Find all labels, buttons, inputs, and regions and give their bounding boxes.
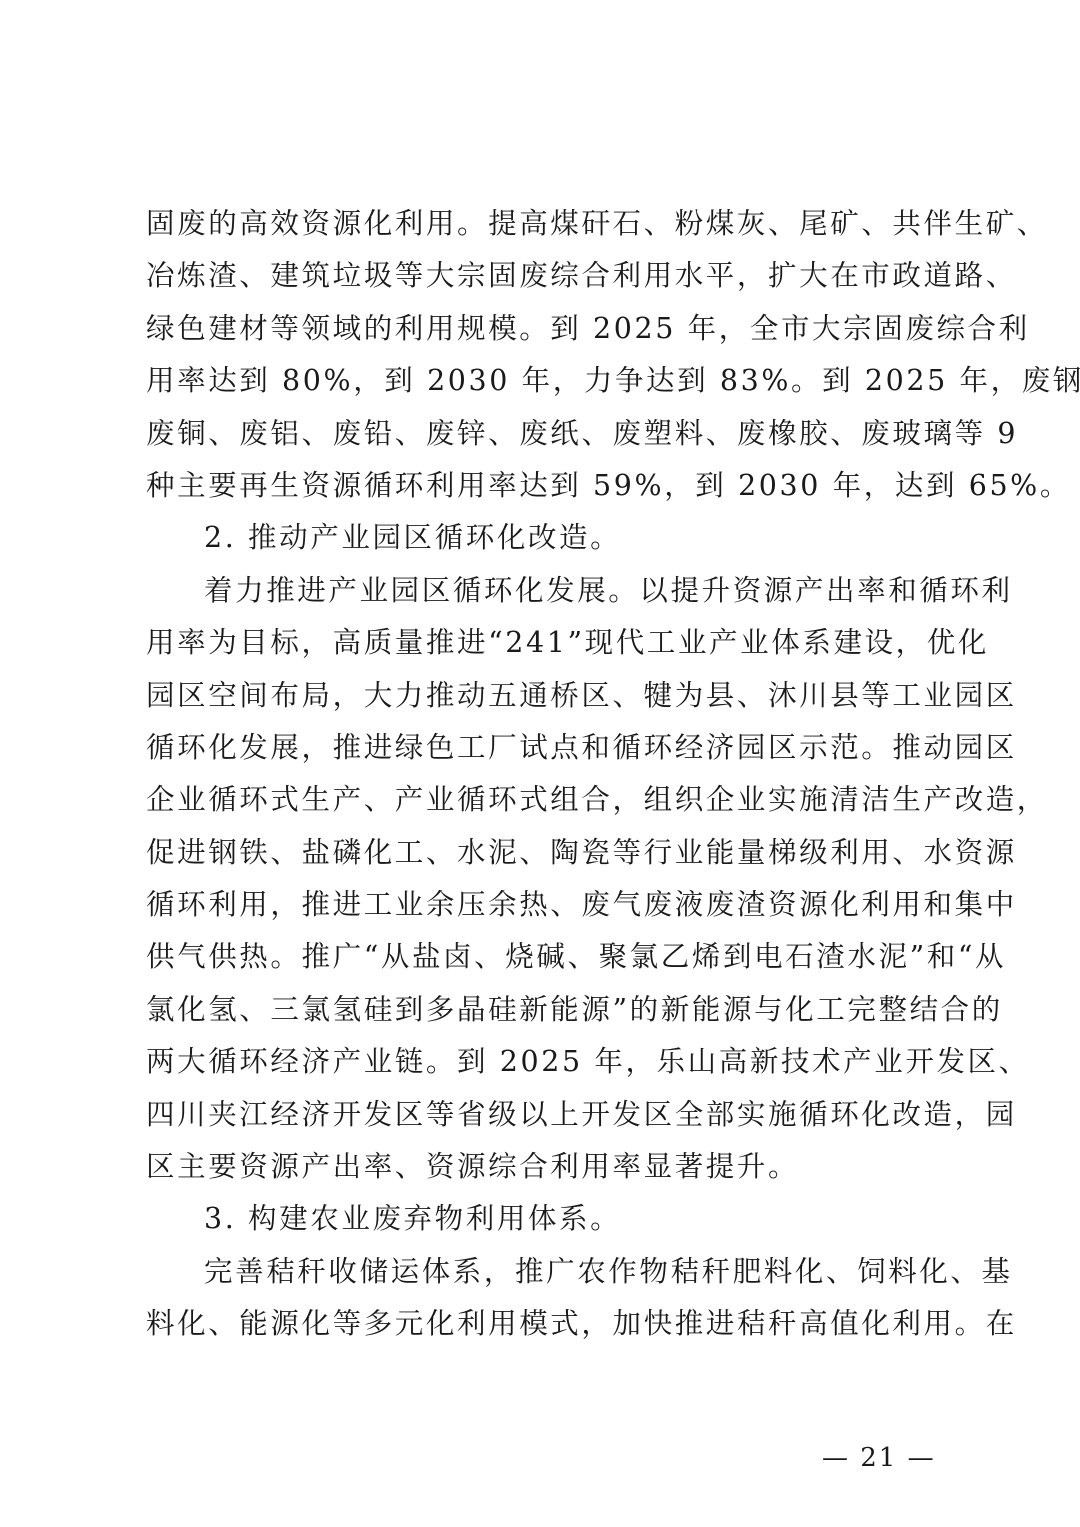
section-heading-agricultural-waste: 3. 构建农业废弃物利用体系。 xyxy=(146,1193,946,1245)
text-line: 两大循环经济产业链。到 2025 年，乐山高新技术产业开发区、 xyxy=(146,1036,944,1088)
text-line: 冶炼渣、建筑垃圾等大宗固废综合利用水平，扩大在市政道路、 xyxy=(146,250,944,302)
section-heading-industrial-parks: 2. 推动产业园区循环化改造。 xyxy=(146,512,946,564)
paragraph-agricultural-waste: 完善秸秆收储运体系，推广农作物秸秆肥料化、饲料化、基 料化、能源化等多元化利用模… xyxy=(146,1246,946,1351)
heading-text: 2. 推动产业园区循环化改造。 xyxy=(146,512,944,564)
text-line: 绿色建材等领域的利用规模。到 2025 年，全市大宗固废综合利 xyxy=(146,303,944,355)
page-number: — 21 — xyxy=(822,1443,936,1473)
text-line: 供气供热。推广“从盐卤、烧碱、聚氯乙烯到电石渣水泥”和“从 xyxy=(146,931,944,983)
text-line: 完善秸秆收储运体系，推广农作物秸秆肥料化、饲料化、基 xyxy=(146,1246,944,1298)
text-line: 着力推进产业园区循环化发展。以提升资源产出率和循环利 xyxy=(146,565,944,617)
text-line: 促进钢铁、盐磷化工、水泥、陶瓷等行业能量梯级利用、水资源 xyxy=(146,827,944,879)
text-line: 料化、能源化等多元化利用模式，加快推进秸秆高值化利用。在 xyxy=(146,1298,944,1350)
text-line: 种主要再生资源循环利用率达到 59%，到 2030 年，达到 65%。 xyxy=(146,460,944,512)
text-line: 废铜、废铝、废铅、废锌、废纸、废塑料、废橡胶、废玻璃等 9 xyxy=(146,408,944,460)
text-line: 用率达到 80%，到 2030 年，力争达到 83%。到 2025 年，废钢铁、 xyxy=(146,355,944,407)
heading-text: 3. 构建农业废弃物利用体系。 xyxy=(146,1193,944,1245)
text-line: 循环利用，推进工业余压余热、废气废液废渣资源化利用和集中 xyxy=(146,879,944,931)
text-line: 四川夹江经济开发区等省级以上开发区全部实施循环化改造，园 xyxy=(146,1089,944,1141)
text-line: 区主要资源产出率、资源综合利用率显著提升。 xyxy=(146,1141,944,1193)
paragraph-solid-waste-utilization: 固废的高效资源化利用。提高煤矸石、粉煤灰、尾矿、共伴生矿、 冶炼渣、建筑垃圾等大… xyxy=(146,198,946,512)
document-body: 固废的高效资源化利用。提高煤矸石、粉煤灰、尾矿、共伴生矿、 冶炼渣、建筑垃圾等大… xyxy=(146,198,946,1351)
text-line: 用率为目标，高质量推进“241”现代工业产业体系建设，优化 xyxy=(146,617,944,669)
document-page: 固废的高效资源化利用。提高煤矸石、粉煤灰、尾矿、共伴生矿、 冶炼渣、建筑垃圾等大… xyxy=(0,0,1080,1527)
text-line: 循环化发展，推进绿色工厂试点和循环经济园区示范。推动园区 xyxy=(146,722,944,774)
paragraph-industrial-parks: 着力推进产业园区循环化发展。以提升资源产出率和循环利 用率为目标，高质量推进“2… xyxy=(146,565,946,1194)
text-line: 园区空间布局，大力推动五通桥区、犍为县、沐川县等工业园区 xyxy=(146,670,944,722)
text-line: 氯化氢、三氯氢硅到多晶硅新能源”的新能源与化工完整结合的 xyxy=(146,984,944,1036)
text-line: 企业循环式生产、产业循环式组合，组织企业实施清洁生产改造， xyxy=(146,774,944,826)
text-line: 固废的高效资源化利用。提高煤矸石、粉煤灰、尾矿、共伴生矿、 xyxy=(146,198,944,250)
